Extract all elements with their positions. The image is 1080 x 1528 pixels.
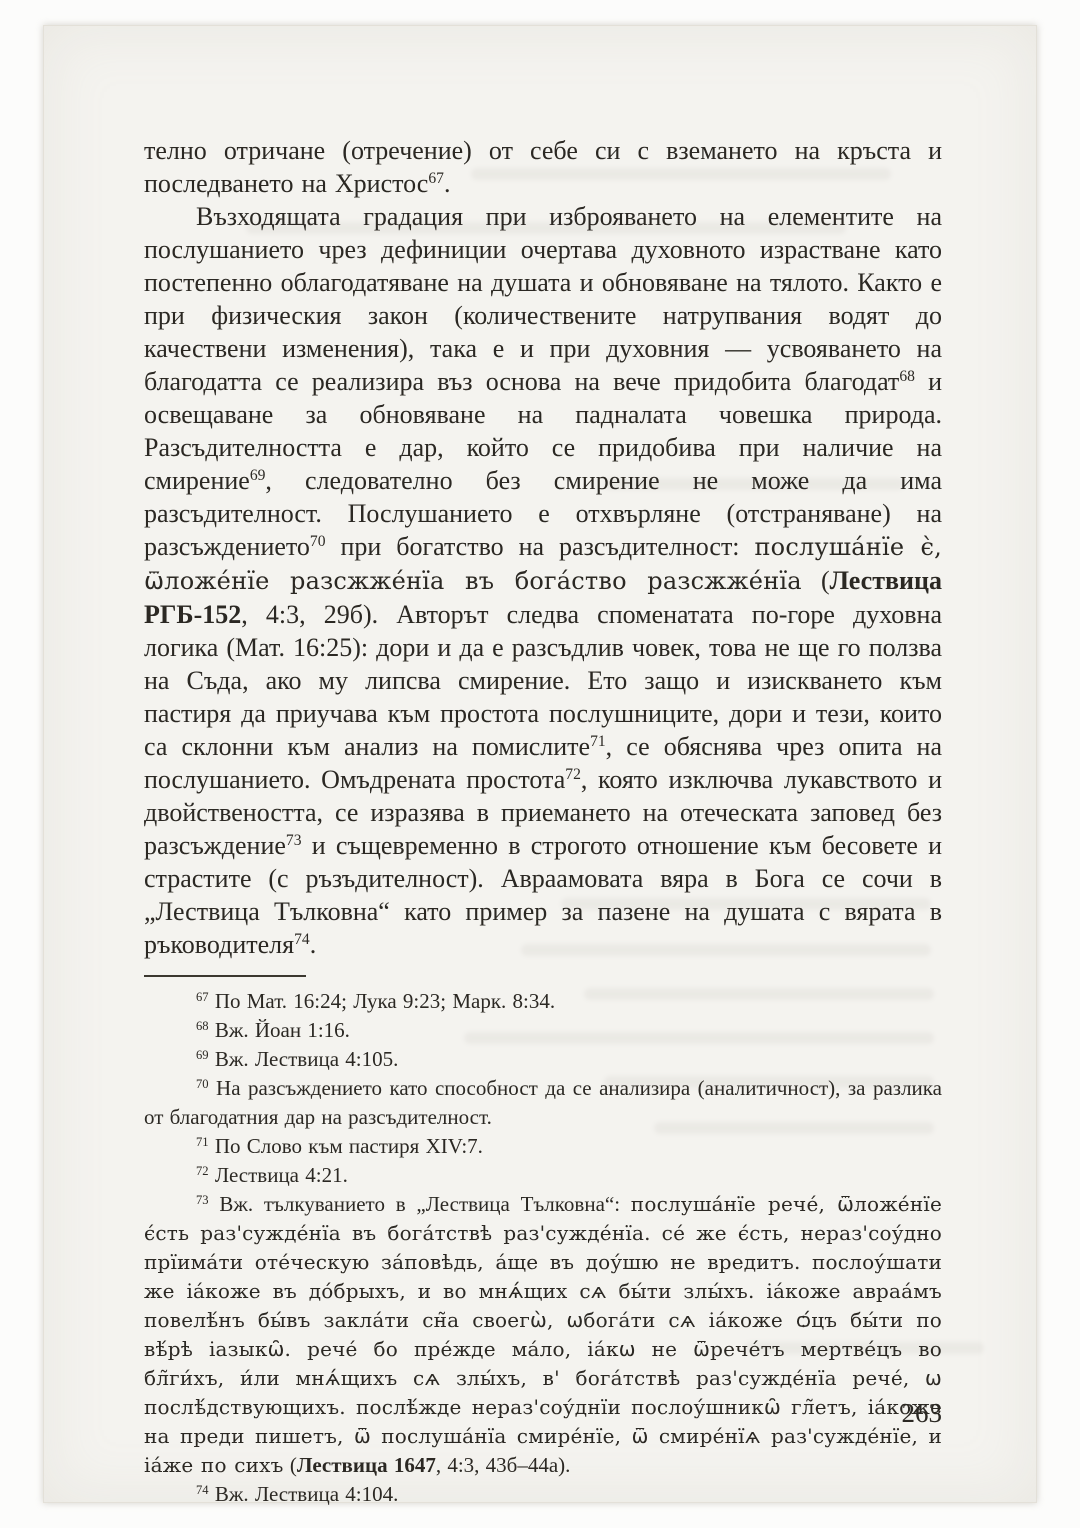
content.footnotes.5-run-n: Лествица 4:21. [209, 1163, 348, 1187]
content.footnotes.0-run-sup: 67 [196, 990, 209, 1004]
content.footnotes.3-run-n: На разсъждението като способност да се а… [144, 1076, 942, 1129]
content.footnotes.5-run-sup: 72 [196, 1164, 209, 1178]
footnote: 70 На разсъждението като способност да с… [144, 1074, 942, 1132]
content.footnotes.2-run-sup: 69 [196, 1048, 209, 1062]
footnote: 71 По Слово към пастиря XIV:7. [144, 1132, 942, 1161]
content.footnotes.6-run-b: Лествица 1647 [297, 1453, 436, 1477]
content.paragraphs.1-run-n: Възходящата градация при изброяването на… [144, 202, 942, 396]
page-number: 263 [144, 1398, 942, 1429]
content.paragraphs.1-run-sup: 74 [294, 931, 310, 948]
footnotes-block: 67 По Мат. 16:24; Лука 9:23; Марк. 8:34.… [144, 987, 942, 1509]
content.paragraphs.1-run-sup: 70 [310, 533, 326, 550]
content.footnotes.6-run-n: ( [284, 1453, 297, 1477]
content.footnotes.7-run-sup: 74 [196, 1483, 209, 1497]
content.paragraphs.1-run-n: при богатство на разсъдителност: [326, 532, 755, 561]
content.footnotes.6-run-sup: 73 [196, 1193, 209, 1207]
paragraph: Възходящата градация при изброяването на… [144, 200, 942, 961]
content.paragraphs.0-run-n: . [444, 169, 451, 198]
content.footnotes.1-run-sup: 68 [196, 1019, 209, 1033]
content.footnotes.4-run-n: По Слово към пастиря XIV:7. [209, 1134, 483, 1158]
content.footnotes.1-run-n: Вж. Йоан 1:16. [209, 1018, 350, 1042]
content.paragraphs.1-run-sup: 71 [590, 733, 606, 750]
content.paragraphs.1-run-sup: 68 [899, 368, 915, 385]
paragraph: телно отричане (отречение) от себе си с … [144, 134, 942, 200]
footnote: 73 Вж. тълкуванието в „Лествица Тълковна… [144, 1190, 942, 1480]
content.footnotes.4-run-sup: 71 [196, 1135, 209, 1149]
text-block: телно отричане (отречение) от себе си с … [144, 134, 942, 1509]
scan-canvas: { "page": { "number": "263" }, "styles":… [0, 0, 1080, 1528]
book-page: телно отричане (отречение) от себе си с … [43, 25, 1037, 1503]
footnote: 68 Вж. Йоан 1:16. [144, 1016, 942, 1045]
content.footnotes.7-run-n: Вж. Лествица 4:104. [209, 1482, 399, 1506]
content.paragraphs.0-run-sup: 67 [428, 170, 444, 187]
content.paragraphs.1-run-sup: 72 [565, 766, 581, 783]
content.paragraphs.1-run-sup: 69 [250, 467, 266, 484]
content.footnotes.2-run-n: Вж. Лествица 4:105. [209, 1047, 399, 1071]
content.paragraphs.1-run-sup: 73 [286, 832, 302, 849]
footnote: 67 По Мат. 16:24; Лука 9:23; Марк. 8:34. [144, 987, 942, 1016]
footnote: 69 Вж. Лествица 4:105. [144, 1045, 942, 1074]
content.footnotes.0-run-n: По Мат. 16:24; Лука 9:23; Марк. 8:34. [209, 989, 556, 1013]
content.footnotes.6-run-cs: послуша́нїе рече́, ѿложе́нїе є́сть раз'с… [144, 1192, 942, 1477]
footnote: 72 Лествица 4:21. [144, 1161, 942, 1190]
footnote: 74 Вж. Лествица 4:104. [144, 1480, 942, 1509]
content.paragraphs.0-run-n: телно отричане (отречение) от себе си с … [144, 136, 942, 198]
content.footnotes.6-run-n: , 4:3, 43б–44а). [436, 1453, 571, 1477]
content.paragraphs.1-run-n: ( [802, 566, 830, 595]
content.paragraphs.1-run-n: . [310, 930, 317, 959]
footnote-separator [144, 975, 306, 977]
content.footnotes.3-run-sup: 70 [196, 1077, 209, 1091]
content.footnotes.6-run-n: Вж. тълкуванието в „Лествица Тълковна“: [209, 1192, 631, 1216]
body-paragraphs: телно отричане (отречение) от себе си с … [144, 134, 942, 961]
